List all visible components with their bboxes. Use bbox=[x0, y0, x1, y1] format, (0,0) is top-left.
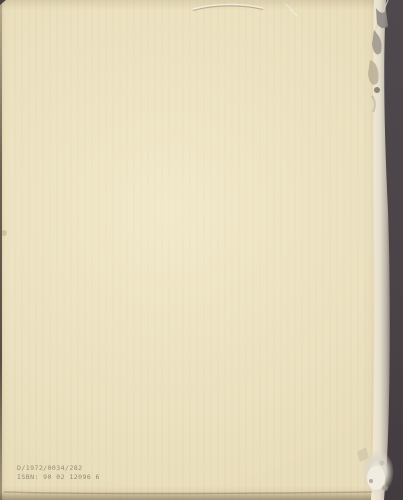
isbn-number: ISBN: 90 02 12096 6 bbox=[17, 473, 100, 482]
depot-number: D/1972/0034/282 bbox=[17, 464, 100, 473]
cover-left-edge-shadow bbox=[0, 0, 2, 500]
imprint-block: D/1972/0034/282 ISBN: 90 02 12096 6 bbox=[17, 464, 100, 482]
cover-bottom-edge-shadow bbox=[0, 492, 377, 500]
book-cover bbox=[0, 0, 377, 500]
book-back-cover-photo: D/1972/0034/282 ISBN: 90 02 12096 6 bbox=[0, 0, 403, 500]
